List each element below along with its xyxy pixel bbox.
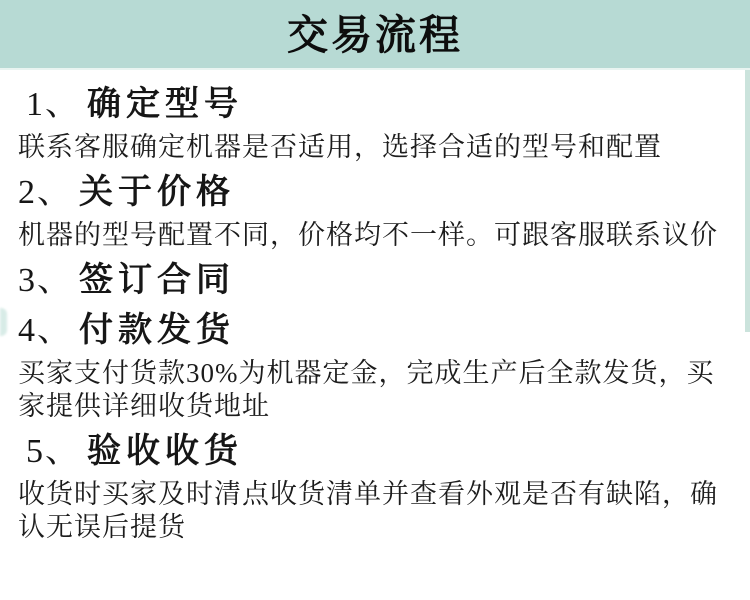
step-title: 确定型号 bbox=[87, 86, 243, 123]
step-item-2: 2、关于价格 机器的型号配置不同，价格均不一样。可跟客服联系议价 bbox=[18, 172, 732, 252]
step-description: 机器的型号配置不同，价格均不一样。可跟客服联系议价 bbox=[18, 219, 730, 252]
step-number: 1、 bbox=[26, 86, 81, 123]
step-item-5: 5、验收收货 收货时买家及时清点收货清单并查看外观是否有缺陷，确认无误后提货 bbox=[18, 431, 732, 544]
left-edge-decoration bbox=[0, 308, 7, 336]
step-heading: 3、签订合同 bbox=[18, 260, 732, 302]
step-description: 收货时买家及时清点收货清单并查看外观是否有缺陷，确认无误后提货 bbox=[18, 478, 730, 544]
step-title: 付款发货 bbox=[79, 312, 235, 349]
step-heading: 2、关于价格 bbox=[18, 172, 732, 214]
step-number: 5、 bbox=[26, 433, 81, 470]
step-number: 3、 bbox=[18, 262, 73, 299]
step-heading: 1、确定型号 bbox=[18, 84, 732, 126]
transaction-process-page: 交易流程 1、确定型号 联系客服确定机器是否适用，选择合适的型号和配置 2、关于… bbox=[0, 0, 750, 600]
step-description: 联系客服确定机器是否适用，选择合适的型号和配置 bbox=[18, 131, 730, 164]
step-number: 2、 bbox=[18, 174, 73, 211]
step-description: 买家支付货款30%为机器定金，完成生产后全款发货，买家提供详细收货地址 bbox=[18, 357, 730, 423]
step-item-4: 4、付款发货 买家支付货款30%为机器定金，完成生产后全款发货，买家提供详细收货… bbox=[18, 310, 732, 423]
page-header: 交易流程 bbox=[0, 0, 750, 70]
step-heading: 5、验收收货 bbox=[18, 431, 732, 473]
step-number: 4、 bbox=[18, 312, 73, 349]
step-item-3: 3、签订合同 bbox=[18, 260, 732, 302]
step-heading: 4、付款发货 bbox=[18, 310, 732, 352]
steps-list: 1、确定型号 联系客服确定机器是否适用，选择合适的型号和配置 2、关于价格 机器… bbox=[0, 70, 750, 544]
step-title: 验收收货 bbox=[87, 433, 243, 470]
right-edge-decoration bbox=[745, 70, 750, 332]
step-title: 签订合同 bbox=[79, 262, 235, 299]
step-title: 关于价格 bbox=[79, 174, 235, 211]
step-item-1: 1、确定型号 联系客服确定机器是否适用，选择合适的型号和配置 bbox=[18, 84, 732, 164]
page-title: 交易流程 bbox=[287, 13, 463, 56]
